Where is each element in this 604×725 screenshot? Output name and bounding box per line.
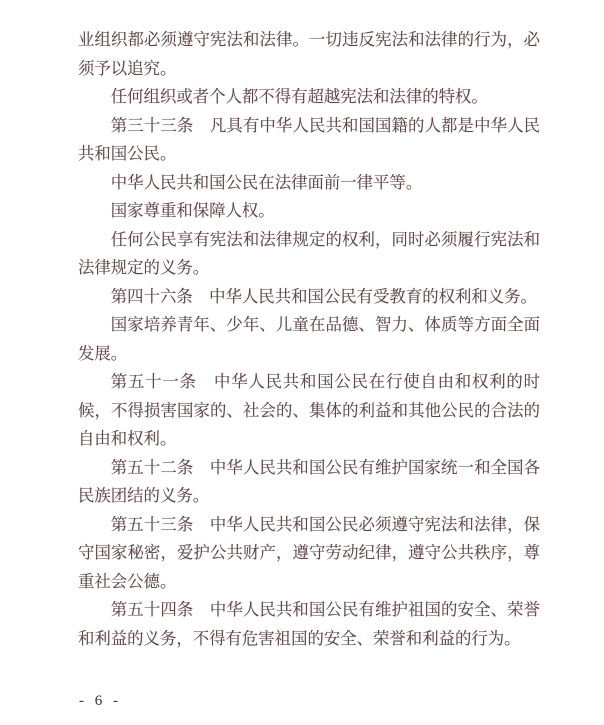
body-paragraph: 中华人民共和国公民在法律面前一律平等。: [78, 169, 540, 198]
body-paragraph-article-51: 第五十一条 中华人民共和国公民在行使自由和权利的时候，不得损害国家的、社会的、集…: [78, 368, 540, 454]
body-paragraph: 国家培养青年、少年、儿童在品德、智力、体质等方面全面发展。: [78, 311, 540, 368]
body-paragraph-article-33: 第三十三条 凡具有中华人民共和国国籍的人都是中华人民共和国公民。: [78, 112, 540, 169]
body-paragraph: 国家尊重和保障人权。: [78, 197, 540, 226]
body-paragraph-article-53: 第五十三条 中华人民共和国公民必须遵守宪法和法律，保守国家秘密，爱护公共财产，遵…: [78, 511, 540, 597]
body-paragraph-article-54: 第五十四条 中华人民共和国公民有维护祖国的安全、荣誉和利益的义务，不得有危害祖国…: [78, 596, 540, 653]
body-paragraph-article-52: 第五十二条 中华人民共和国公民有维护国家统一和全国各民族团结的义务。: [78, 454, 540, 511]
body-paragraph: 任何组织或者个人都不得有超越宪法和法律的特权。: [78, 83, 540, 112]
body-paragraph: 业组织都必须遵守宪法和法律。一切违反宪法和法律的行为，必须予以追究。: [78, 26, 540, 83]
page-number: - 6 -: [79, 691, 121, 711]
document-page: 业组织都必须遵守宪法和法律。一切违反宪法和法律的行为，必须予以追究。 任何组织或…: [0, 0, 604, 725]
body-paragraph-article-46: 第四十六条 中华人民共和国公民有受教育的权利和义务。: [78, 283, 540, 312]
body-paragraph: 任何公民享有宪法和法律规定的权利，同时必须履行宪法和法律规定的义务。: [78, 226, 540, 283]
document-body-text: 业组织都必须遵守宪法和法律。一切违反宪法和法律的行为，必须予以追究。 任何组织或…: [78, 26, 540, 653]
